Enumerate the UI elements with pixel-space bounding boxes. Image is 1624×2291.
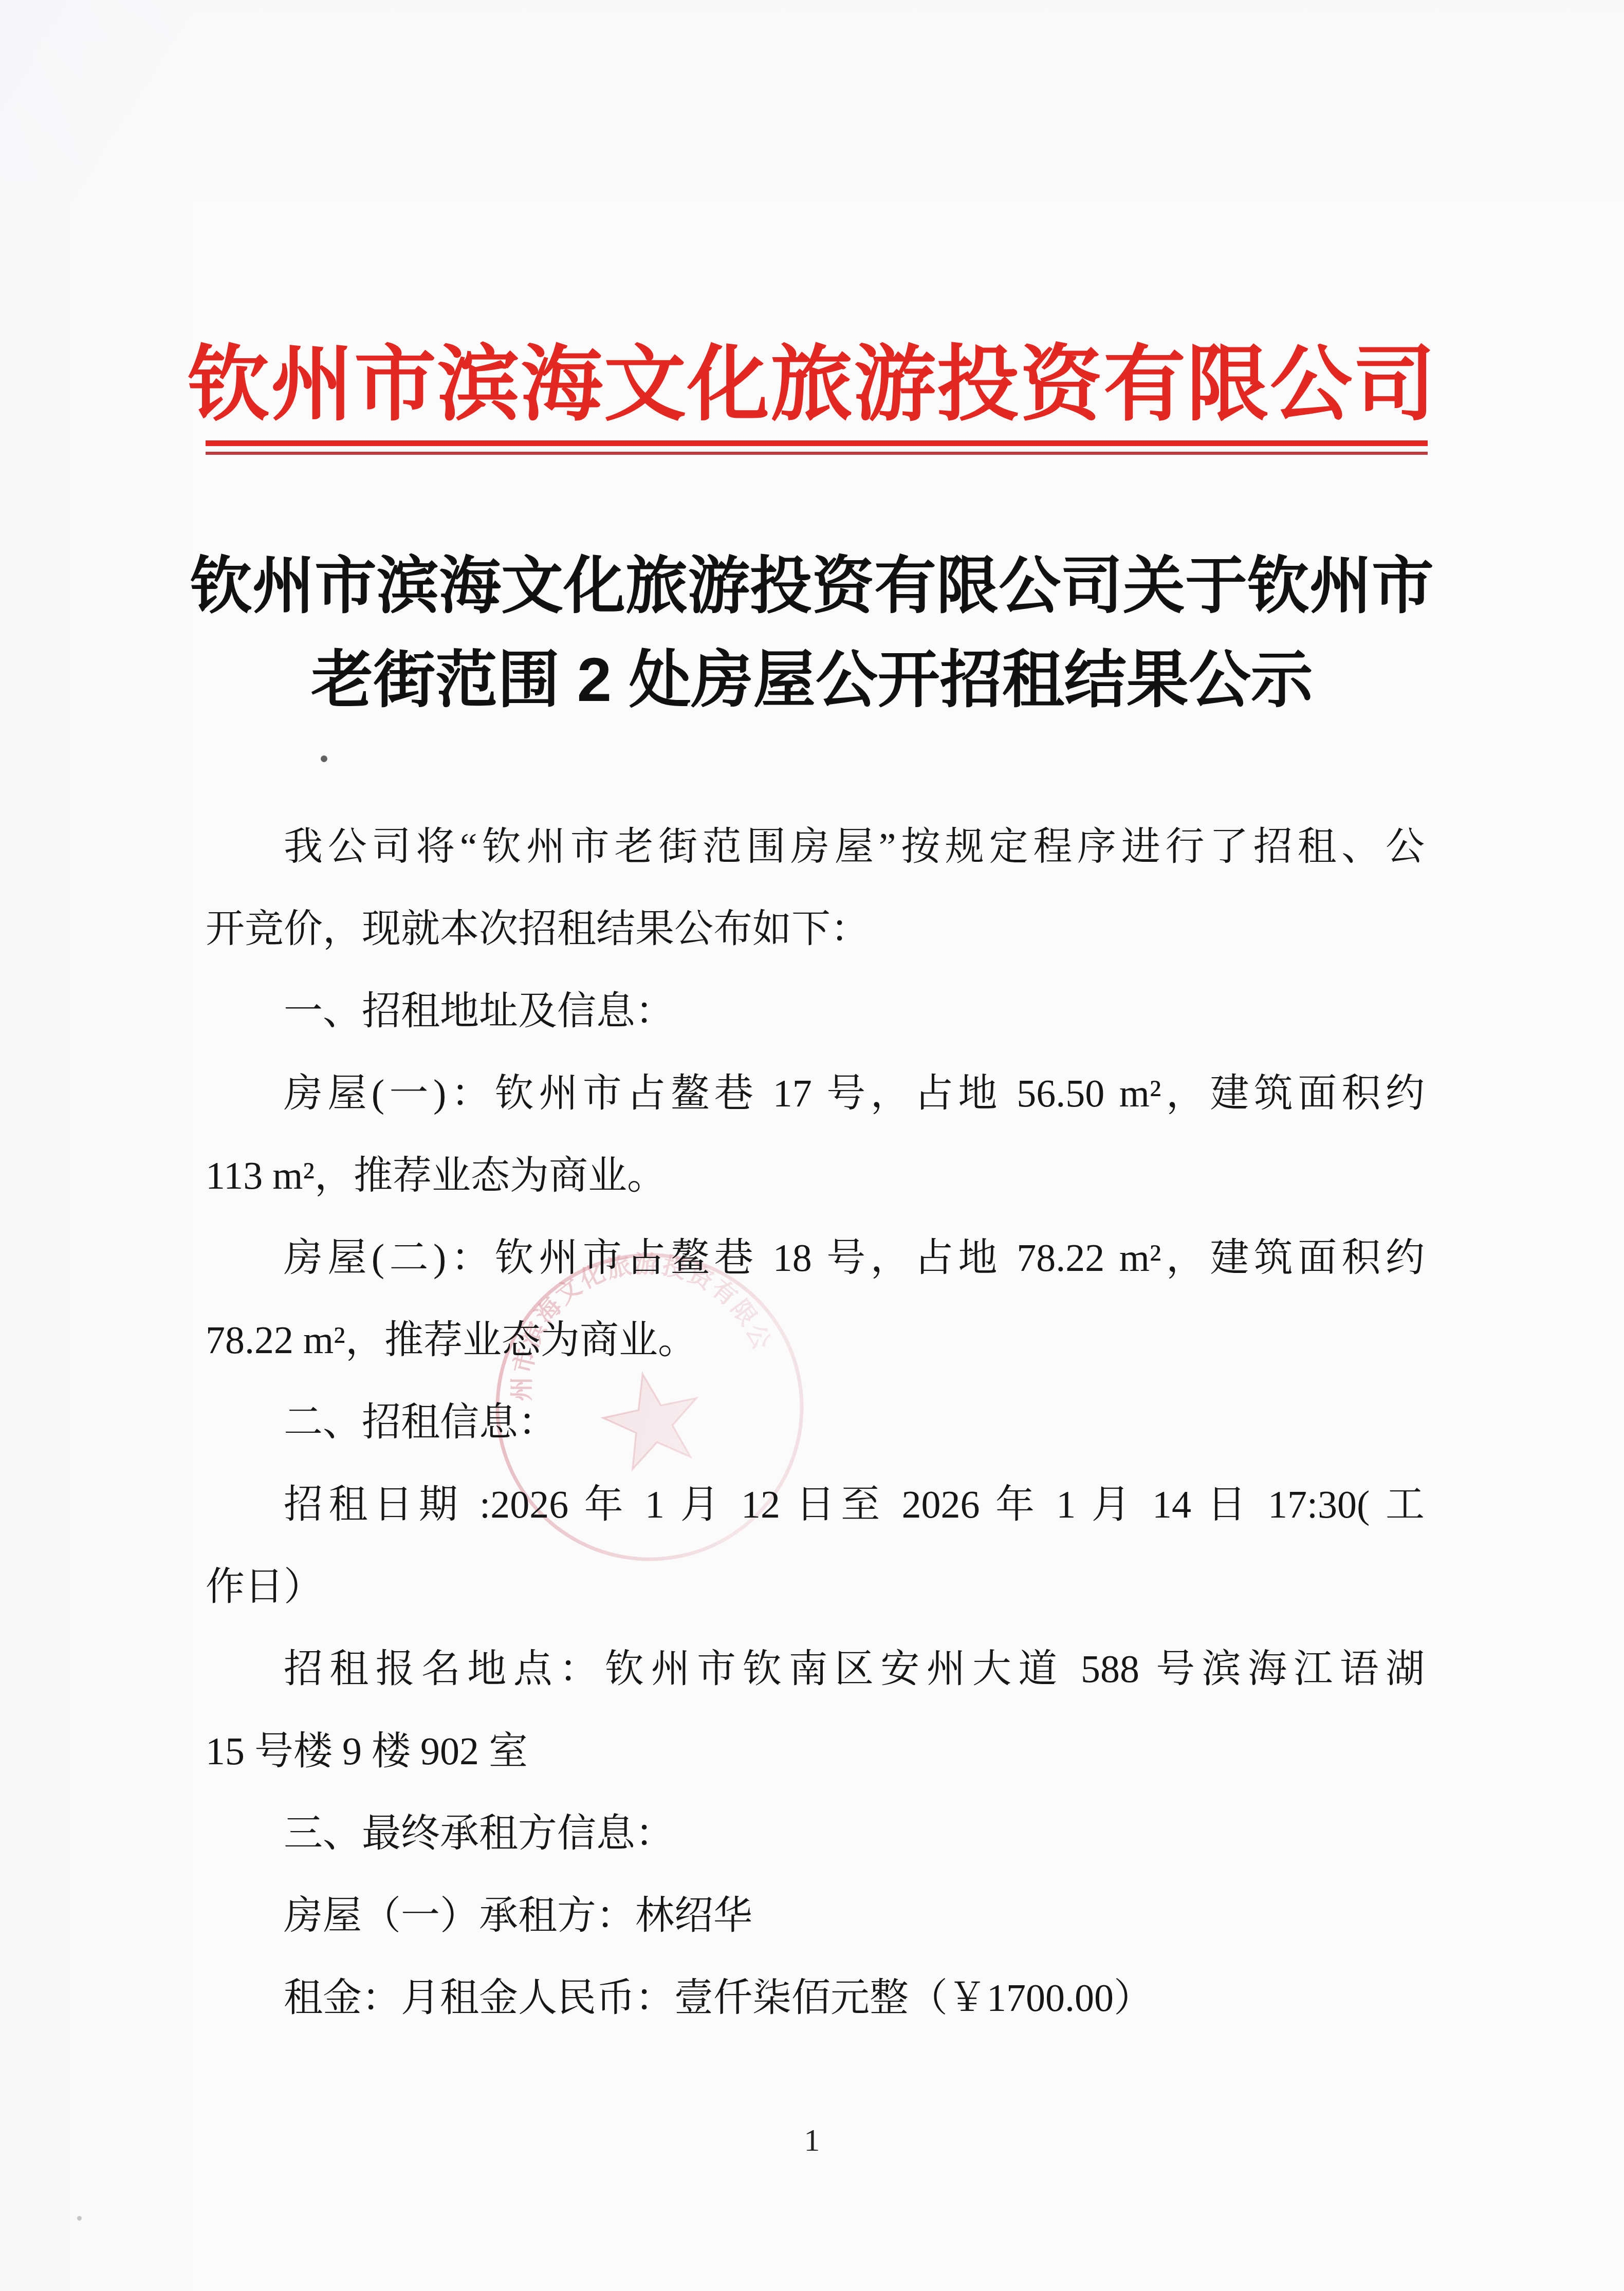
document-title-line1: 钦州市滨海文化旅游投资有限公司关于钦州市	[152, 539, 1472, 633]
document-page: 钦州市滨海文化旅游投资有限公司 钦州市滨海文化旅游投资有限公司关于钦州市 老街范…	[0, 0, 1624, 2291]
body-line: 二、招租信息：	[206, 1381, 1425, 1464]
body-line: 15 号楼 9 楼 902 室	[206, 1710, 1425, 1793]
letterhead-company-name: 钦州市滨海文化旅游投资有限公司	[0, 333, 1624, 436]
body-line: 开竞价，现就本次招租结果公布如下：	[206, 888, 1425, 970]
body-line: 租金：月租金人民币：壹仟柒佰元整（￥1700.00）	[206, 1957, 1425, 2039]
letterhead-rule-thin	[206, 452, 1428, 455]
document-title-line2: 老街范围 2 处房屋公开招租结果公示	[152, 633, 1472, 727]
body-line: 三、最终承租方信息：	[206, 1793, 1425, 1875]
body-line: 113 m²，推荐业态为商业。	[206, 1135, 1425, 1217]
body-line: 我公司将“钦州市老街范围房屋”按规定程序进行了招租、公	[206, 806, 1425, 888]
scan-speck	[77, 2216, 82, 2221]
body-line: 78.22 m²，推荐业态为商业。	[206, 1299, 1425, 1381]
page-number: 1	[0, 2122, 1624, 2158]
scan-speck	[321, 755, 327, 762]
body-line: 一、招租地址及信息：	[206, 970, 1425, 1052]
body-line: 招租报名地点：钦州市钦南区安州大道 588 号滨海江语湖	[206, 1628, 1425, 1710]
body-line: 招租日期 :2026 年 1 月 12 日至 2026 年 1 月 14 日 1…	[206, 1464, 1425, 1546]
document-title: 钦州市滨海文化旅游投资有限公司关于钦州市 老街范围 2 处房屋公开招租结果公示	[152, 539, 1472, 727]
letterhead-rule-thick	[206, 440, 1428, 446]
body-line: 房屋(二)：钦州市占鳌巷 18 号，占地 78.22 m²，建筑面积约	[206, 1217, 1425, 1299]
body-text: 我公司将“钦州市老街范围房屋”按规定程序进行了招租、公开竞价，现就本次招租结果公…	[206, 806, 1425, 2039]
body-line: 房屋(一)：钦州市占鳌巷 17 号，占地 56.50 m²，建筑面积约	[206, 1052, 1425, 1135]
body-line: 房屋（一）承租方：林绍华	[206, 1875, 1425, 1957]
body-line: 作日）	[206, 1546, 1425, 1628]
